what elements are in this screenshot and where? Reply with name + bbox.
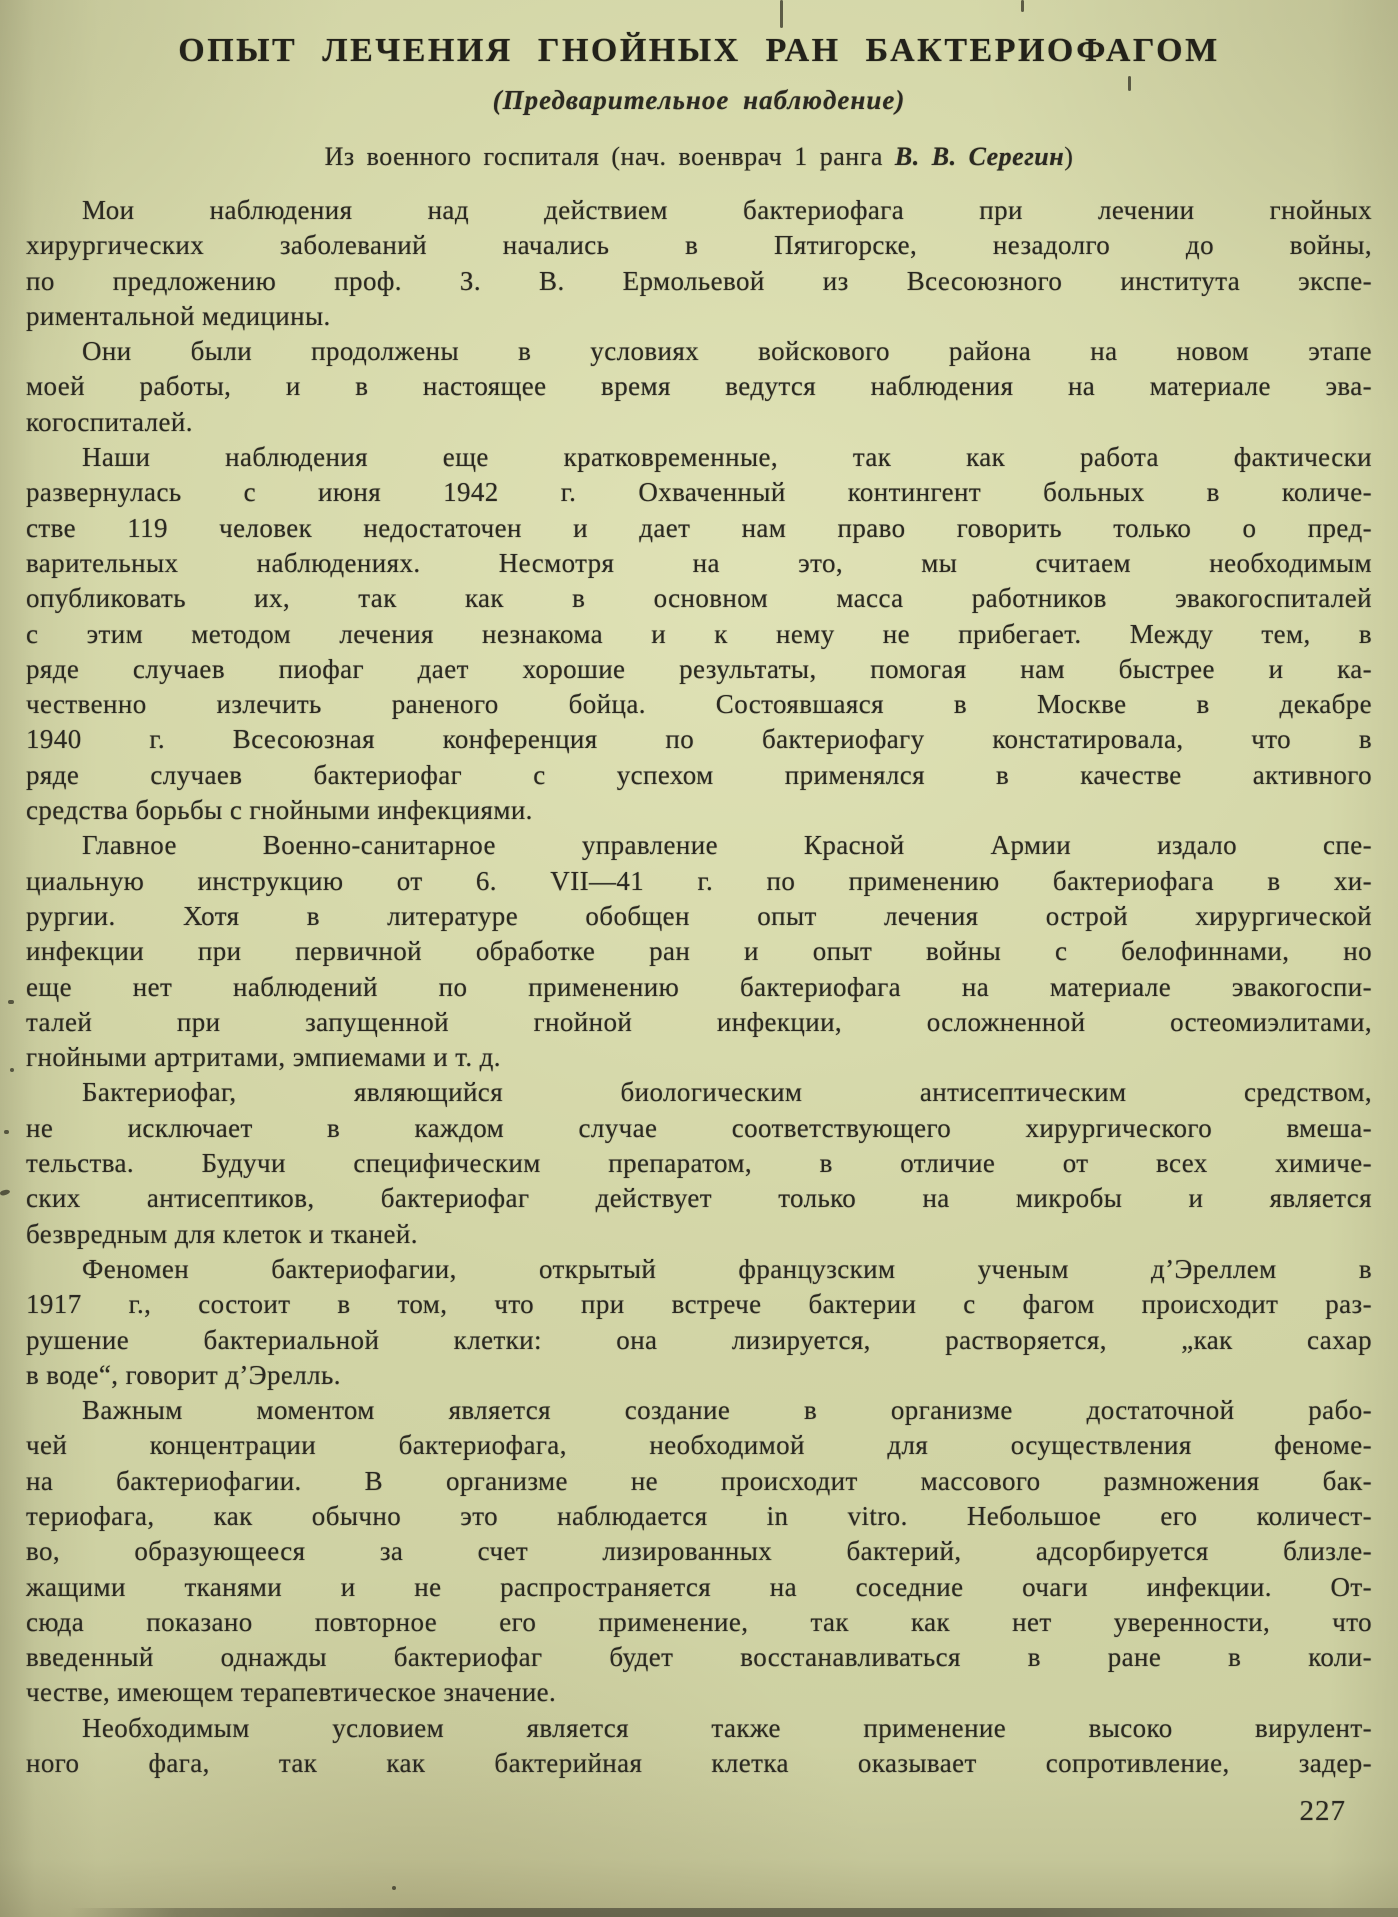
text-line: хирургических заболеваний начались в Пят… <box>26 228 1372 263</box>
text-line: Они были продолжены в условиях войсковог… <box>26 334 1372 369</box>
text-line: по предложению проф. З. В. Ермольевой из… <box>26 264 1372 299</box>
text-line: в воде“, говорит д’Эрелль. <box>26 1358 1372 1393</box>
text-line: чественно излечить раненого бойца. Состо… <box>26 687 1372 722</box>
byline-author-name: В. В. Серегин <box>895 142 1064 171</box>
text-line: Главное Военно-санитарное управление Кра… <box>26 828 1372 863</box>
text-line: циальную инструкцию от 6. VII—41 г. по п… <box>26 864 1372 899</box>
text-line: развернулась с июня 1942 г. Охваченный к… <box>26 475 1372 510</box>
page-number: 227 <box>26 1795 1372 1828</box>
paragraph: Необходимым условием является также прим… <box>26 1711 1372 1782</box>
paragraph: Они были продолжены в условиях войсковог… <box>26 334 1372 440</box>
text-line: еще нет наблюдений по применению бактери… <box>26 970 1372 1005</box>
scan-artifact <box>1021 0 1024 12</box>
text-line: Необходимым условием является также прим… <box>26 1711 1372 1746</box>
text-line: Мои наблюдения над действием бактериофаг… <box>26 193 1372 228</box>
text-line: ного фага, так как бактерийная клетка ок… <box>26 1746 1372 1781</box>
text-line: ских антисептиков, бактериофаг действует… <box>26 1181 1372 1216</box>
text-line: рушение бактериальной клетки: она лизиру… <box>26 1323 1372 1358</box>
text-line: жащими тканями и не распространяется на … <box>26 1570 1372 1605</box>
text-line: чей концентрации бактериофага, необходим… <box>26 1428 1372 1463</box>
byline-prefix: Из военного госпиталя (нач. военврач 1 р… <box>325 142 895 171</box>
text-line: Наши наблюдения еще кратковременные, так… <box>26 440 1372 475</box>
article-body: Мои наблюдения над действием бактериофаг… <box>26 193 1372 1781</box>
text-line: 1940 г. Всесоюзная конференция по бактер… <box>26 722 1372 757</box>
text-line: териофага, как обычно это наблюдается in… <box>26 1499 1372 1534</box>
text-line: моей работы, и в настоящее время ведутся… <box>26 369 1372 404</box>
text-line: стве 119 человек недостаточен и дает нам… <box>26 511 1372 546</box>
text-line: с этим методом лечения незнакома и к нем… <box>26 617 1372 652</box>
text-line: безвредным для клеток и тканей. <box>26 1217 1372 1252</box>
article-byline: Из военного госпиталя (нач. военврач 1 р… <box>26 142 1372 172</box>
scanned-page: ОПЫТ ЛЕЧЕНИЯ ГНОЙНЫХ РАН БАКТЕРИОФАГОМ (… <box>0 0 1398 1917</box>
paragraph: Главное Военно-санитарное управление Кра… <box>26 828 1372 1075</box>
text-line: 1917 г., состоит в том, что при встрече … <box>26 1287 1372 1322</box>
scan-artifact <box>10 1068 14 1072</box>
text-line: когоспиталей. <box>26 405 1372 440</box>
text-line: Феномен бактериофагии, открытый французс… <box>26 1252 1372 1287</box>
article-subtitle: (Предварительное наблюдение) <box>26 85 1372 116</box>
text-line: ряде случаев бактериофаг с успехом приме… <box>26 758 1372 793</box>
paragraph: Наши наблюдения еще кратковременные, так… <box>26 440 1372 828</box>
text-line: честве, имеющем терапевтическое значение… <box>26 1675 1372 1710</box>
text-line: гнойными артритами, эмпиемами и т. д. <box>26 1040 1372 1075</box>
text-line: не исключает в каждом случае соответству… <box>26 1111 1372 1146</box>
text-line: Бактериофаг, являющийся биологическим ан… <box>26 1075 1372 1110</box>
paragraph: Феномен бактериофагии, открытый французс… <box>26 1252 1372 1393</box>
text-line: введенный однажды бактериофаг будет восс… <box>26 1640 1372 1675</box>
text-line: Важным моментом является создание в орга… <box>26 1393 1372 1428</box>
text-line: талей при запущенной гнойной инфекции, о… <box>26 1005 1372 1040</box>
text-line: инфекции при первичной обработке ран и о… <box>26 934 1372 969</box>
scan-artifact <box>1128 76 1131 91</box>
text-line: рургии. Хотя в литературе обобщен опыт л… <box>26 899 1372 934</box>
text-line: ряде случаев пиофаг дает хорошие результ… <box>26 652 1372 687</box>
text-line: во, образующееся за счет лизированных ба… <box>26 1534 1372 1569</box>
byline-suffix: ) <box>1064 142 1073 171</box>
scan-artifact <box>0 1189 11 1197</box>
scan-artifact <box>4 1130 9 1134</box>
text-line: на бактериофагии. В организме не происхо… <box>26 1464 1372 1499</box>
paragraph: Важным моментом является создание в орга… <box>26 1393 1372 1711</box>
scan-artifact <box>392 1886 396 1890</box>
article-title: ОПЫТ ЛЕЧЕНИЯ ГНОЙНЫХ РАН БАКТЕРИОФАГОМ <box>26 30 1372 70</box>
text-line: опубликовать их, так как в основном масс… <box>26 581 1372 616</box>
scan-artifact <box>8 1000 14 1004</box>
text-line: варительных наблюдениях. Несмотря на это… <box>26 546 1372 581</box>
scan-artifact <box>780 0 783 28</box>
text-line: риментальной медицины. <box>26 299 1372 334</box>
scan-bottom-edge <box>70 1908 1398 1917</box>
paragraph: Бактериофаг, являющийся биологическим ан… <box>26 1075 1372 1251</box>
paragraph: Мои наблюдения над действием бактериофаг… <box>26 193 1372 334</box>
text-line: тельства. Будучи специфическим препарато… <box>26 1146 1372 1181</box>
text-line: сюда показано повторное его применение, … <box>26 1605 1372 1640</box>
text-line: средства борьбы с гнойными инфекциями. <box>26 793 1372 828</box>
